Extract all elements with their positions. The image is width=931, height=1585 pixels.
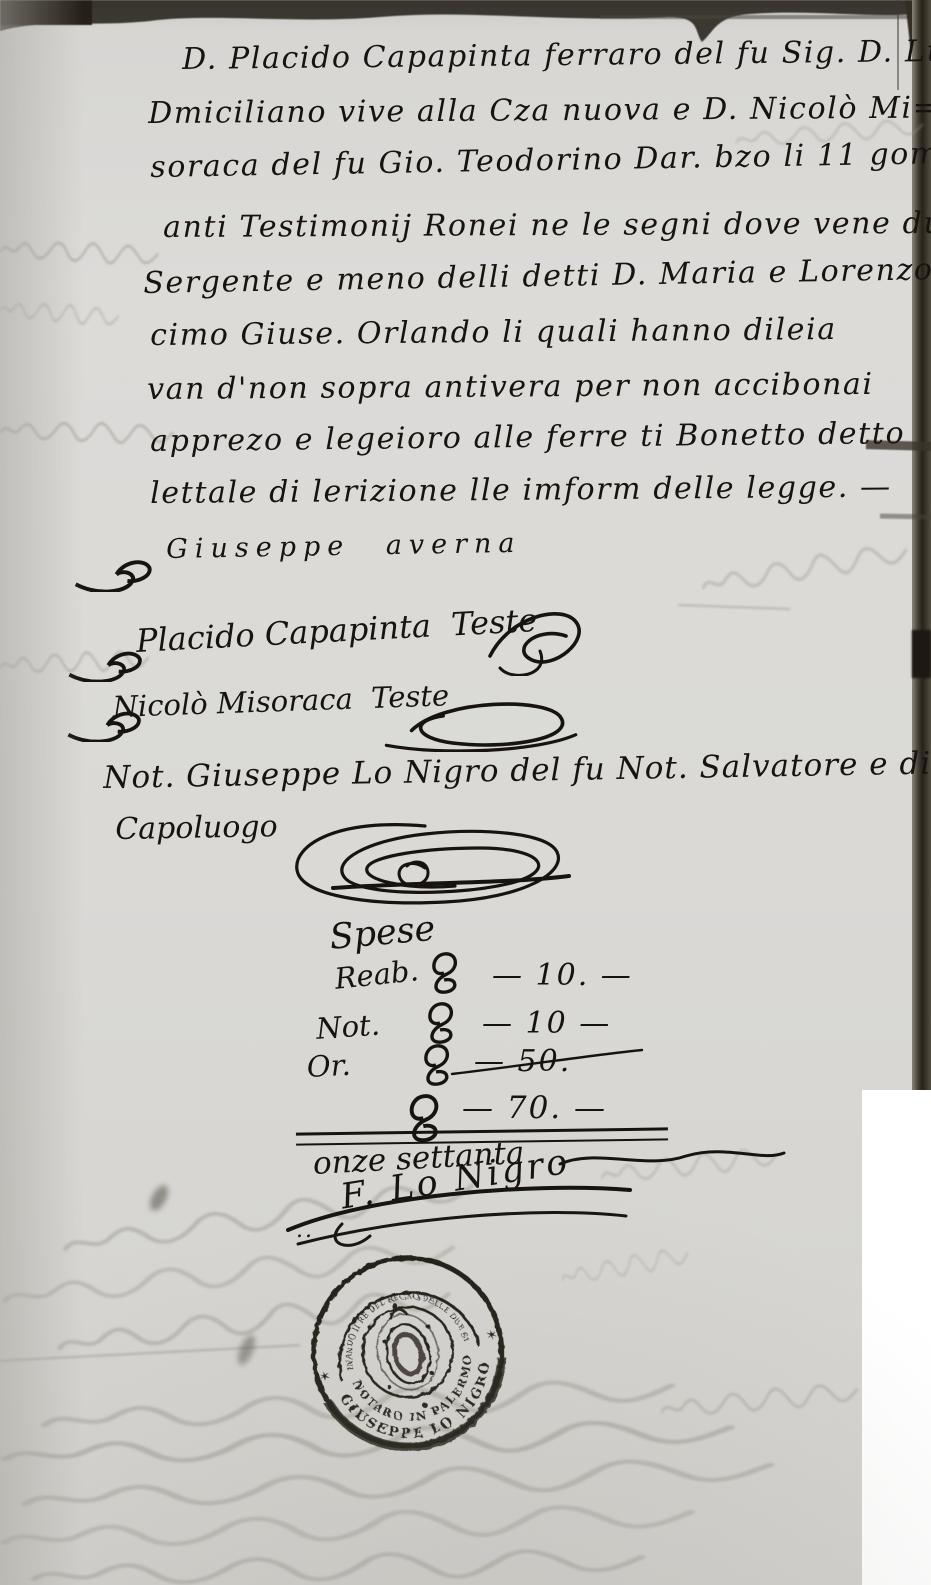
ghost-pencil-line: [678, 604, 790, 610]
witness-paraph: [62, 548, 162, 592]
ink-smudge: [146, 1182, 172, 1213]
body-line: Sergente e meno delli detti D. Maria e L…: [143, 252, 931, 301]
fee-row-label: Or.: [306, 1048, 351, 1084]
scan-mask-patch: [862, 1090, 931, 1585]
manuscript-scan-page: D. Placido Capapinta ferraro del fu Sig.…: [0, 0, 931, 1585]
fee-total-amount: — 70. —: [462, 1090, 607, 1126]
ghost-writing-mark: [0, 234, 161, 268]
stamp-star-left-icon: ✶: [318, 1369, 332, 1386]
body-line: soraca del fu Gio. Teodorino Dar. bzo li…: [150, 135, 931, 184]
signature-flourish: [470, 596, 600, 676]
notary-paraph-flourish: [275, 808, 575, 912]
witness-name: Placido Capapinta: [135, 607, 432, 660]
signature-flourish: [380, 688, 580, 752]
binding-knot: [912, 630, 931, 678]
witness-signature: Giuseppe averna: [166, 528, 522, 565]
fee-rule-line: [450, 1044, 645, 1078]
body-line: apprezo e legeioro alle ferre ti Bonetto…: [150, 416, 905, 459]
fees-heading: Spese: [328, 909, 437, 958]
body-line: anti Testimonij Ronei ne le segni dove v…: [163, 206, 931, 245]
body-line: lettale di lerizione lle imform delle le…: [150, 470, 892, 511]
onza-currency-symbol: [414, 1038, 454, 1090]
binding-tick: [880, 514, 931, 520]
body-line: van d'non sopra antivera per non accibon…: [147, 367, 874, 407]
body-line: Dmiciliano vive alla Cza nuova e D. Nico…: [148, 90, 931, 131]
witness-name: Nicolò Misoraca: [112, 682, 353, 724]
coat-of-arms-core: [391, 1331, 426, 1376]
fee-row-amount: — 10. —: [492, 958, 633, 993]
ghost-writing-mark: [0, 295, 121, 329]
body-line: cimo Giuse. Orlando li quali hanno dilei…: [150, 312, 837, 353]
fee-row-label: Reab.: [333, 953, 420, 996]
ghost-writing-mark: [699, 536, 911, 598]
fee-row-amount: — 10 —: [482, 1006, 611, 1041]
body-line: D. Placido Capapinta ferraro del fu Sig.…: [182, 34, 931, 77]
onza-currency-symbol: [422, 946, 462, 998]
notary-attestation-line: Capoluogo: [115, 809, 278, 847]
fee-row-label: Not.: [315, 1008, 381, 1046]
